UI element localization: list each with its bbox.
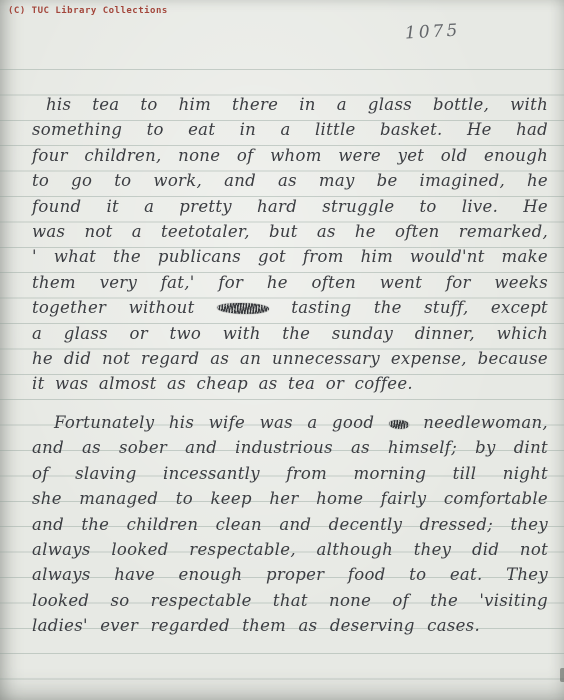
handwritten-line: found it a pretty hard struggle to live.… xyxy=(32,194,548,219)
handwritten-line: and as sober and industrious as himself;… xyxy=(32,435,548,460)
handwritten-line: ' what the publicans got from him would'… xyxy=(32,244,548,269)
handwritten-line: she managed to keep her home fairly comf… xyxy=(32,486,548,511)
crossed-out-scribble xyxy=(389,420,409,429)
handwritten-line: his tea to him there in a glass bottle, … xyxy=(32,92,548,117)
page-number: 1075 xyxy=(405,21,461,44)
handwritten-line: to go to work, and as may be imagined, h… xyxy=(32,168,548,193)
crossed-out-scribble xyxy=(217,303,269,314)
handwritten-line: was not a teetotaler, but as he often re… xyxy=(32,219,548,244)
handwritten-line: a glass or two with the sunday dinner, w… xyxy=(32,321,548,346)
handwritten-line: them very fat,' for he often went for we… xyxy=(32,270,548,295)
handwritten-line: of slaving incessantly from morning till… xyxy=(32,461,548,486)
handwritten-line: four children, none of whom were yet old… xyxy=(32,143,548,168)
scan-edge-mark xyxy=(560,668,564,682)
handwritten-line: something to eat in a little basket. He … xyxy=(32,117,548,142)
manuscript-page: (C) TUC Library Collections 1075 his tea… xyxy=(0,0,564,700)
library-watermark: (C) TUC Library Collections xyxy=(8,6,168,16)
handwritten-line: ladies' ever regarded them as deserving … xyxy=(32,613,480,638)
handwritten-line: together without tasting the stuff, exce… xyxy=(32,295,548,320)
handwritten-line: and the children clean and decently dres… xyxy=(32,512,548,537)
paragraph-1: his tea to him there in a glass bottle, … xyxy=(32,92,548,397)
handwritten-line: Fortunately his wife was a good needlewo… xyxy=(32,410,548,435)
paragraph-2: Fortunately his wife was a good needlewo… xyxy=(32,410,548,639)
handwritten-line: always looked respectable, although they… xyxy=(32,537,548,562)
handwritten-line: he did not regard as an unnecessary expe… xyxy=(32,346,548,371)
handwritten-line: always have enough proper food to eat. T… xyxy=(32,562,548,587)
handwritten-line: looked so respectable that none of the '… xyxy=(32,588,548,613)
handwritten-line: it was almost as cheap as tea or coffee. xyxy=(32,371,390,396)
